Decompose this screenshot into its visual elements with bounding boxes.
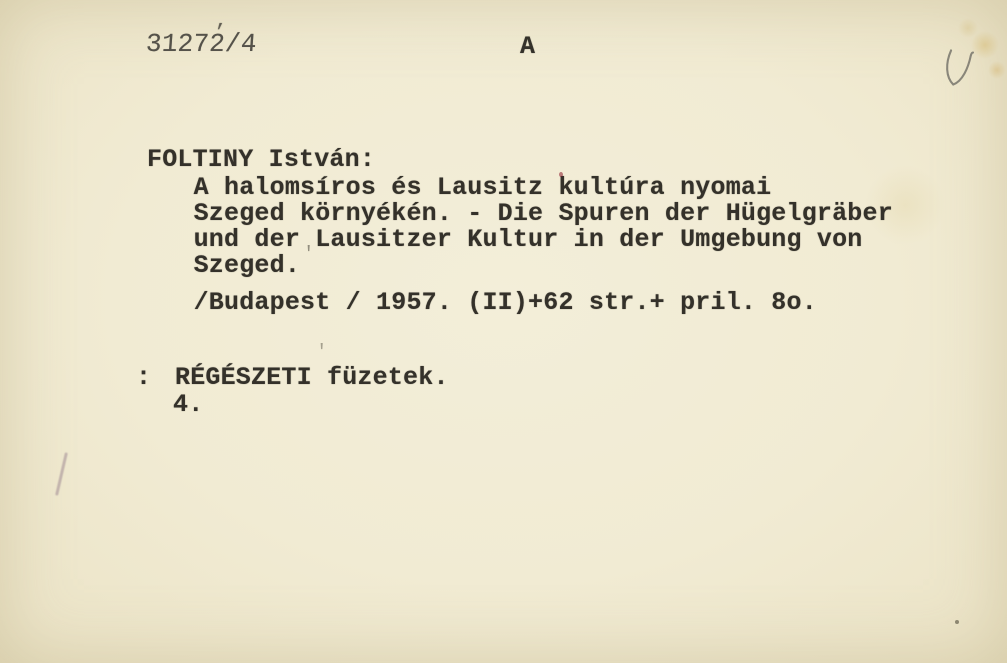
call-number: 31272/4: [145, 29, 258, 59]
series-title: RÉGÉSZETI füzetek.: [175, 363, 449, 392]
heading-letter: A: [520, 32, 535, 61]
pencil-slash-mark: [55, 452, 68, 496]
stray-apostrophe-mark: ': [303, 243, 315, 265]
series-colon: :: [136, 363, 151, 392]
catalog-card: 31272/4 ’ A FOLTINY István: A halomsíros…: [0, 0, 1007, 663]
title-line: A halomsíros és Lausitz kultúra nyomai: [148, 173, 771, 202]
author-line: FOLTINY István:: [147, 145, 375, 174]
title-line: Szeged.: [148, 251, 300, 280]
stray-tick-mark: ': [316, 341, 328, 363]
title-line: und der Lausitzer Kultur in der Umgebung…: [148, 225, 863, 254]
imprint-line: /Budapest / 1957. (II)+62 str.+ pril. 8o…: [148, 288, 817, 317]
red-ink-blot: [559, 172, 563, 177]
title-line: Szeged környékén. - Die Spuren der Hügel…: [148, 199, 893, 228]
paper-speck: [955, 620, 959, 624]
call-number-tick-mark: ’: [214, 22, 226, 45]
pencil-checkmark-icon: [939, 43, 986, 99]
series-number: 4.: [173, 390, 203, 419]
